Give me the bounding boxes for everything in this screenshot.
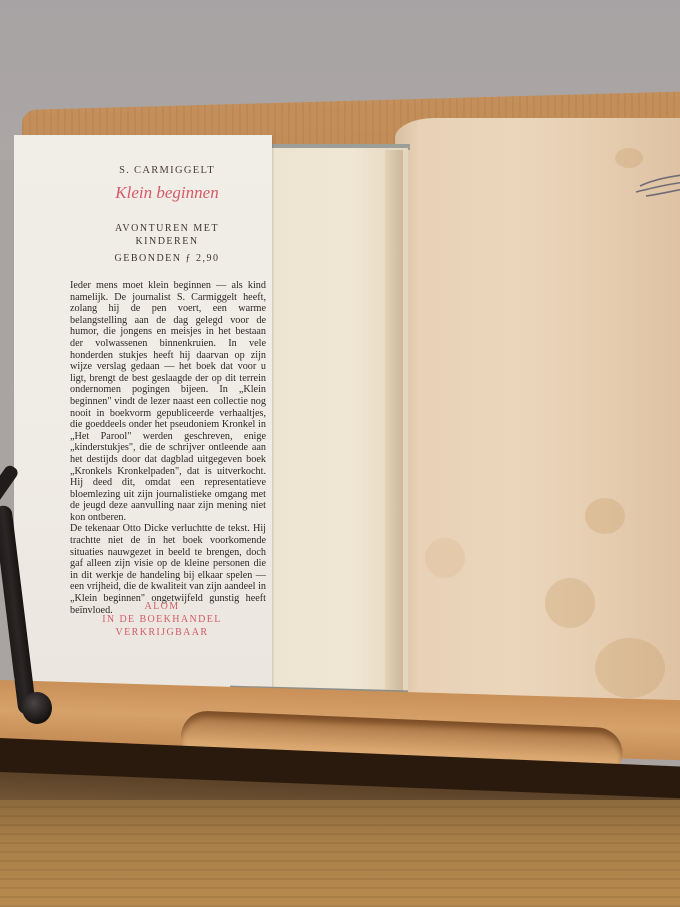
- right-page: [395, 118, 680, 710]
- availability-line: VERKRIJGBAAR: [52, 626, 272, 639]
- wooden-table: [0, 800, 680, 907]
- page-stain: [595, 638, 665, 698]
- price-label: GEBONDEN ƒ 2,90: [62, 253, 272, 264]
- dust-jacket-flap: S. CARMIGGELT Klein beginnen AVONTUREN M…: [14, 135, 272, 688]
- author-name: S. CARMIGGELT: [62, 165, 272, 176]
- book-title: Klein beginnen: [62, 183, 272, 203]
- table-grain: [0, 800, 680, 907]
- page-stain: [585, 498, 625, 534]
- subtitle-line: KINDEREN: [62, 235, 272, 248]
- blurb-paragraph: Ieder mens moet klein beginnen — als kin…: [70, 280, 266, 523]
- blurb-text: Ieder mens moet klein beginnen — als kin…: [70, 280, 266, 616]
- book-subtitle: AVONTUREN MET KINDEREN: [62, 222, 272, 248]
- page-stain: [425, 538, 465, 578]
- page-holder-knob-icon: [22, 692, 52, 724]
- availability-line: IN DE BOEKHANDEL: [52, 613, 272, 626]
- availability-note: ALOM IN DE BOEKHANDEL VERKRIJGBAAR: [62, 600, 272, 639]
- page-stain: [615, 148, 643, 168]
- handwritten-mark-icon: [632, 170, 680, 200]
- page-stain: [545, 578, 595, 628]
- availability-line: ALOM: [52, 600, 272, 613]
- subtitle-line: AVONTUREN MET: [62, 222, 272, 235]
- book-gutter: [385, 150, 403, 700]
